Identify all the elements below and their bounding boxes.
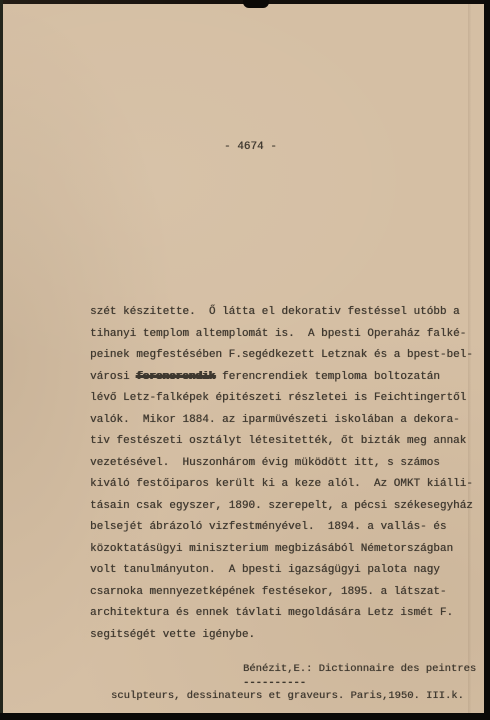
text-line-with-strikethrough: városi ferencrendik ferencrendiek templo… (90, 367, 482, 389)
text-line: belsejét ábrázoló vizfestményével. 1894.… (90, 517, 482, 539)
text-line: volt tanulmányuton. A bpesti igazságügyi… (90, 560, 482, 582)
strikethrough-word: ferencrendik (136, 371, 215, 383)
scan-edge-bottom (0, 713, 490, 720)
body-text-block: szét készitette. Ő látta el dekorativ fe… (90, 302, 482, 646)
text-line: vezetésével. Huszonhárom évig müködött i… (90, 453, 482, 475)
page-number: - 4674 - (224, 140, 277, 155)
citation-author-underline: ---------- (243, 676, 306, 690)
scan-edge-right (484, 0, 490, 720)
citation-line-2: sculpteurs, dessinateurs et graveurs. Pa… (111, 689, 464, 704)
citation-title: Dictionnaire des peintres (312, 663, 476, 675)
text-line: kiváló festőiparos került ki a keze alól… (90, 474, 482, 496)
citation-line-1: Bénézit,E.: Dictionnaire des peintres (243, 662, 476, 677)
text-line: szét készitette. Ő látta el dekorativ fe… (90, 302, 482, 324)
text-line: lévő Letz-falképek épitészeti részletei … (90, 388, 482, 410)
text-segment: városi (90, 371, 136, 383)
scan-edge-left (0, 0, 3, 720)
text-line: peinek megfestésében F.segédkezett Letzn… (90, 345, 482, 367)
text-line: segitségét vette igénybe. (90, 625, 482, 647)
text-line: közoktatásügyi miniszterium megbizásából… (90, 539, 482, 561)
text-line: tihanyi templom altemplomát is. A bpesti… (90, 324, 482, 346)
scan-edge-top-notch (243, 0, 269, 8)
text-line: tiv festészeti osztályt létesitették, őt… (90, 431, 482, 453)
scanned-document-page: - 4674 - szét készitette. Ő látta el dek… (0, 0, 490, 720)
text-segment: ferencrendiek temploma boltozatán (215, 371, 439, 383)
text-line: valók. Mikor 1884. az iparmüvészeti isko… (90, 410, 482, 432)
text-line: csarnoka mennyezetképének festésekor, 18… (90, 582, 482, 604)
text-line: architektura és ennek távlati megoldásár… (90, 603, 482, 625)
citation-author: Bénézit,E.: (243, 663, 312, 675)
text-line: tásain csak egyszer, 1890. szerepelt, a … (90, 496, 482, 518)
